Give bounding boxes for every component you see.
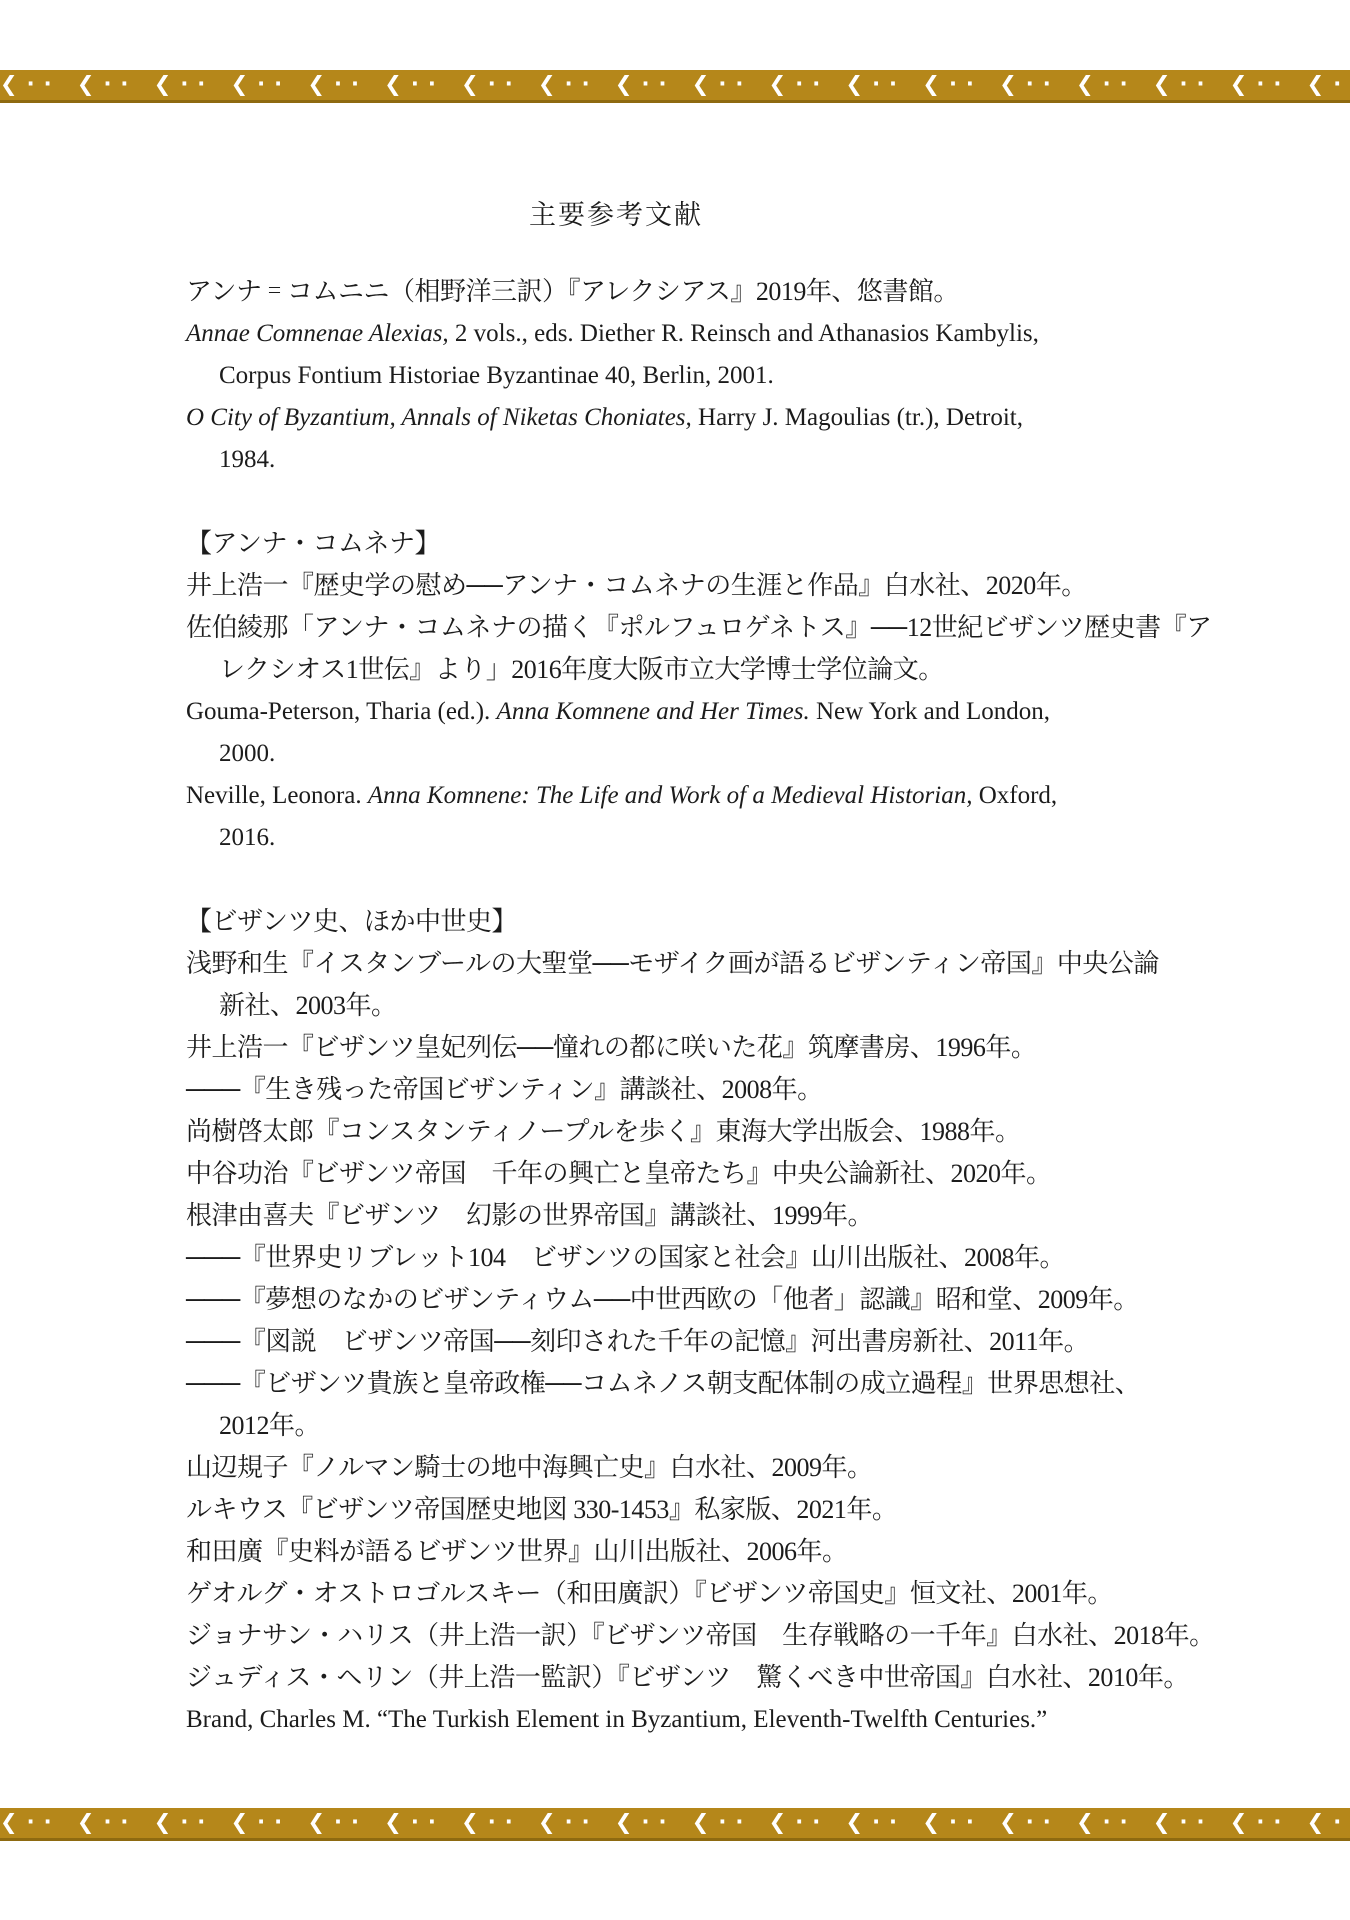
bib-line: 【ビザンツ史、ほか中世史】 [186,901,1206,943]
bib-line-text: 2016. [219,824,275,851]
bib-line-text: レクシオス1世伝』より」2016年度大阪市立大学博士学位論文。 [219,655,944,684]
bib-line: ジュディス・ヘリン（井上浩一監訳）『ビザンツ 驚くべき中世帝国』白水社、2010… [186,1657,1206,1699]
bib-line: ───『図説 ビザンツ帝国──刻印された千年の記憶』河出書房新社、2011年。 [186,1321,1206,1363]
bib-line: 中谷功治『ビザンツ帝国 千年の興亡と皇帝たち』中央公論新社、2020年。 [186,1153,1206,1195]
bib-line: 2012年。 [186,1405,1206,1447]
bib-line-text: 山辺規子『ノルマン騎士の地中海興亡史』白水社、2009年。 [186,1453,872,1482]
bib-line: 尚樹啓太郎『コンスタンティノープルを歩く』東海大学出版会、1988年。 [186,1111,1206,1153]
bib-line: ルキウス『ビザンツ帝国歴史地図 330-1453』私家版、2021年。 [186,1489,1206,1531]
bib-line-text: Gouma-Peterson, Tharia (ed.). [186,698,497,725]
bib-line-text: ゲオルグ・オストロゴルスキー（和田廣訳）『ビザンツ帝国史』恒文社、2001年。 [186,1579,1113,1608]
bib-line: O City of Byzantium, Annals of Niketas C… [186,397,1206,439]
bib-line-text: ───『夢想のなかのビザンティウム──中世西欧の「他者」認識』昭和堂、2009年… [186,1285,1139,1314]
bib-line-text: ───『ビザンツ貴族と皇帝政権──コムネノス朝支配体制の成立過程』世界思想社、 [186,1369,1140,1398]
bib-line: 【アンナ・コムネナ】 [186,523,1206,565]
bib-line: ───『世界史リブレット104 ビザンツの国家と社会』山川出版社、2008年。 [186,1237,1206,1279]
bib-line-text: ───『図説 ビザンツ帝国──刻印された千年の記憶』河出書房新社、2011年。 [186,1327,1089,1356]
bib-line-text: Brand, Charles M. “The Turkish Element i… [186,1706,1047,1733]
bib-line-text: 【アンナ・コムネナ】 [186,529,440,558]
bib-blank-line [186,481,1206,523]
bib-line-text: 浅野和生『イスタンブールの大聖堂──モザイク画が語るビザンティン帝国』中央公論 [186,949,1159,978]
bibliography: アンナ゠コムニニ（相野洋三訳）『アレクシアス』2019年、悠書館。Annae C… [186,271,1206,1741]
bib-line-text: 1984. [219,446,275,473]
bib-line: 浅野和生『イスタンブールの大聖堂──モザイク画が語るビザンティン帝国』中央公論 [186,943,1206,985]
bib-line-text: 新社、2003年。 [219,991,397,1020]
top-border-band: ❮·· ❮·· ❮·· ❮·· ❮·· ❮·· ❮·· ❮·· ❮·· ❮·· … [0,70,1350,103]
bottom-border-band: ❮·· ❮·· ❮·· ❮·· ❮·· ❮·· ❮·· ❮·· ❮·· ❮·· … [0,1808,1350,1841]
bib-line: 佐伯綾那「アンナ・コムネナの描く『ポルフュロゲネトス』──12世紀ビザンツ歴史書… [186,607,1206,649]
bib-line-text: 井上浩一『歴史学の慰め──アンナ・コムネナの生涯と作品』白水社、2020年。 [186,571,1087,600]
bib-line: Corpus Fontium Historiae Byzantinae 40, … [186,355,1206,397]
bib-line: 1984. [186,439,1206,481]
bib-line: ゲオルグ・オストロゴルスキー（和田廣訳）『ビザンツ帝国史』恒文社、2001年。 [186,1573,1206,1615]
bib-line: Annae Comnenae Alexias, 2 vols., eds. Di… [186,313,1206,355]
bib-line: ───『夢想のなかのビザンティウム──中世西欧の「他者」認識』昭和堂、2009年… [186,1279,1206,1321]
bib-line-italic-text: O City of Byzantium, Annals of Niketas C… [186,404,692,431]
bib-line: アンナ゠コムニニ（相野洋三訳）『アレクシアス』2019年、悠書館。 [186,271,1206,313]
page-title: 主要参考文献 [186,193,1046,232]
bib-line-text: 2012年。 [219,1411,320,1440]
bib-line-italic-text: Anna Komnene and Her Times. [497,698,810,725]
bib-line: 井上浩一『ビザンツ皇妃列伝──憧れの都に咲いた花』筑摩書房、1996年。 [186,1027,1206,1069]
bib-line-text: 【ビザンツ史、ほか中世史】 [186,907,517,936]
bib-line-text: ───『世界史リブレット104 ビザンツの国家と社会』山川出版社、2008年。 [186,1243,1065,1272]
bib-line: 山辺規子『ノルマン騎士の地中海興亡史』白水社、2009年。 [186,1447,1206,1489]
bib-line: 和田廣『史料が語るビザンツ世界』山川出版社、2006年。 [186,1531,1206,1573]
bib-line-text: 尚樹啓太郎『コンスタンティノープルを歩く』東海大学出版会、1988年。 [186,1117,1021,1146]
bib-line-italic-text: Annae Comnenae Alexias, [186,320,449,347]
bib-line: Brand, Charles M. “The Turkish Element i… [186,1699,1206,1741]
bib-line: 井上浩一『歴史学の慰め──アンナ・コムネナの生涯と作品』白水社、2020年。 [186,565,1206,607]
bib-line-text: 和田廣『史料が語るビザンツ世界』山川出版社、2006年。 [186,1537,847,1566]
bibliography-page: { "page": { "title": "主要参考文献" }, "border… [0,0,1350,1920]
bib-line-italic-text: Anna Komnene: The Life and Work of a Med… [368,782,973,809]
bib-line: Gouma-Peterson, Tharia (ed.). Anna Komne… [186,691,1206,733]
bib-line: 2000. [186,733,1206,775]
bib-line: ───『生き残った帝国ビザンティン』講談社、2008年。 [186,1069,1206,1111]
bib-line-text: 2 vols., eds. Diether R. Reinsch and Ath… [449,320,1039,347]
bib-line: Neville, Leonora. Anna Komnene: The Life… [186,775,1206,817]
bib-line-text: 佐伯綾那「アンナ・コムネナの描く『ポルフュロゲネトス』──12世紀ビザンツ歴史書… [186,613,1212,642]
bib-line-text: Oxford, [972,782,1057,809]
bib-line-text: ルキウス『ビザンツ帝国歴史地図 330-1453』私家版、2021年。 [186,1495,897,1524]
bib-line-text: ───『生き残った帝国ビザンティン』講談社、2008年。 [186,1075,823,1104]
bib-line: 2016. [186,817,1206,859]
bib-line-text: New York and London, [810,698,1050,725]
bib-line-text: 2000. [219,740,275,767]
bib-line-text: 井上浩一『ビザンツ皇妃列伝──憧れの都に咲いた花』筑摩書房、1996年。 [186,1033,1036,1062]
bib-line-text: Harry J. Magoulias (tr.), Detroit, [692,404,1023,431]
bib-line: 根津由喜夫『ビザンツ 幻影の世界帝国』講談社、1999年。 [186,1195,1206,1237]
bib-line: 新社、2003年。 [186,985,1206,1027]
bib-line: ジョナサン・ハリス（井上浩一訳）『ビザンツ帝国 生存戦略の一千年』白水社、201… [186,1615,1206,1657]
bib-line-text: ジュディス・ヘリン（井上浩一監訳）『ビザンツ 驚くべき中世帝国』白水社、2010… [186,1663,1189,1692]
bib-line-text: 中谷功治『ビザンツ帝国 千年の興亡と皇帝たち』中央公論新社、2020年。 [186,1159,1051,1188]
bib-line-text: Corpus Fontium Historiae Byzantinae 40, … [219,362,774,389]
bib-line-text: 根津由喜夫『ビザンツ 幻影の世界帝国』講談社、1999年。 [186,1201,873,1230]
bib-blank-line [186,859,1206,901]
bib-line-text: Neville, Leonora. [186,782,368,809]
bib-line: レクシオス1世伝』より」2016年度大阪市立大学博士学位論文。 [186,649,1206,691]
bib-line-text: ジョナサン・ハリス（井上浩一訳）『ビザンツ帝国 生存戦略の一千年』白水社、201… [186,1621,1215,1650]
bib-line-text: アンナ゠コムニニ（相野洋三訳）『アレクシアス』2019年、悠書館。 [186,277,959,306]
bib-line: ───『ビザンツ貴族と皇帝政権──コムネノス朝支配体制の成立過程』世界思想社、 [186,1363,1206,1405]
